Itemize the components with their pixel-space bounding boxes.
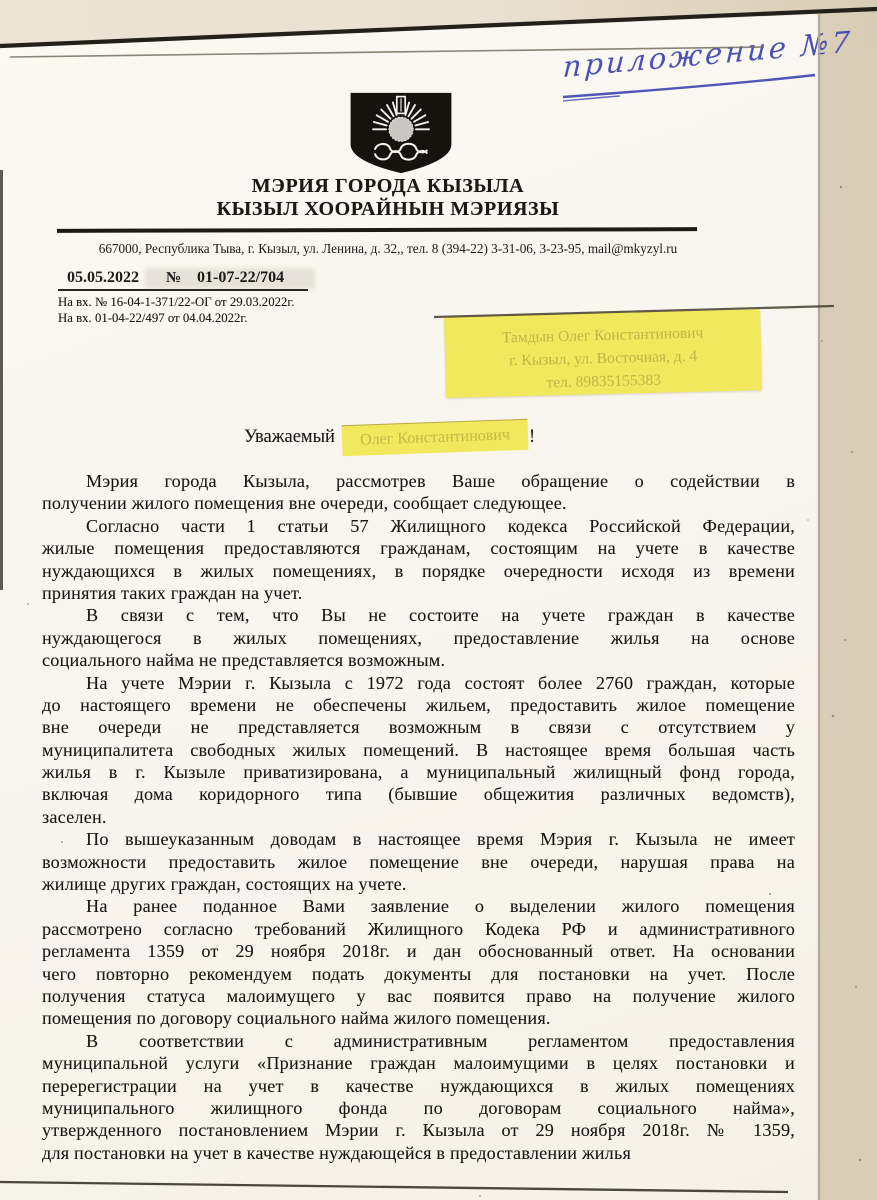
body-line: В связи с тем, что Вы не состоите на уче… — [42, 604, 795, 626]
body-line: до настоящего времени не обеспечены жиль… — [42, 694, 795, 716]
body-line: жилья в г. Кызыле приватизирована, а мун… — [42, 761, 795, 783]
salutation-prefix: Уважаемый — [244, 427, 335, 448]
salutation-suffix: ! — [529, 427, 535, 448]
body-line: жилище других граждан, состоящих на учет… — [42, 873, 795, 895]
body-line: вне очереди не представляется возможным … — [42, 716, 795, 738]
body-line: Мэрия города Кызыла, рассмотрев Ваше обр… — [42, 470, 795, 492]
org-address-line: 667000, Республика Тыва, г. Кызыл, ул. Л… — [57, 241, 719, 257]
incoming-reference-1: На вх. № 16-04-1-371/22-ОГ от 29.03.2022… — [58, 295, 294, 310]
body-line: заселен. — [42, 806, 795, 828]
letter-date: 05.05.2022 — [67, 269, 139, 287]
body-line: нуждающегося в жилых помещениях, предост… — [42, 627, 795, 649]
body-line: На ранее поданное Вами заявление о выдел… — [42, 895, 795, 917]
body-line: муниципального жилищного фонда по догово… — [42, 1097, 795, 1119]
reference-underline — [58, 289, 308, 291]
letter-body: Мэрия города Кызыла, рассмотрев Ваше обр… — [42, 470, 795, 1164]
body-line: помещения по договору социального найма … — [42, 1007, 795, 1029]
body-line: утвержденного постановлением Мэрии г. Кы… — [42, 1119, 795, 1141]
letter-number: 01-07-22/704 — [197, 269, 284, 287]
body-line: жилые помещения предоставляются граждана… — [42, 537, 795, 559]
org-name-ru: МЭРИЯ ГОРОДА КЫЗЫЛА — [57, 175, 719, 198]
addressee-redacted-block: Тамдын Олег Константиновичг. Кызыл, ул. … — [444, 309, 762, 398]
body-line: чего повторно рекомендуем подать докумен… — [42, 963, 795, 985]
body-line: нуждающихся в жилых помещениях, в порядк… — [42, 560, 795, 582]
incoming-reference-2: На вх. 01-04-22/497 от 04.04.2022г. — [58, 311, 247, 326]
salutation: Уважаемый Олег Константинович ! — [244, 422, 535, 453]
body-line: получении жилого помещения вне очереди, … — [42, 492, 795, 514]
body-line: перерегистрации на учет в качестве нужда… — [42, 1075, 795, 1097]
body-line: возможности предоставить жилое помещение… — [42, 851, 795, 873]
body-line: На учете Мэрии г. Кызыла с 1972 года сос… — [42, 672, 795, 694]
letterhead: МЭРИЯ ГОРОДА КЫЗЫЛА КЫЗЫЛ ХООРАЙНЫН МЭРИ… — [57, 175, 719, 221]
body-line: получения статуса малоимущего у вас появ… — [42, 985, 795, 1007]
body-line: В соответствии с административным реглам… — [42, 1030, 795, 1052]
body-line: Согласно части 1 статьи 57 Жилищного код… — [42, 515, 795, 537]
coat-of-arms-kyzyl-icon — [345, 89, 457, 177]
body-line: муниципалитета свободных жилых помещений… — [42, 739, 795, 761]
body-line: социального найма не представляется возм… — [42, 649, 795, 671]
body-line: муниципальной услуги «Признание граждан … — [42, 1052, 795, 1074]
body-line: для постановки на учет в качестве нуждаю… — [42, 1142, 795, 1164]
body-line: рассмотрено согласно требований Жилищног… — [42, 918, 795, 940]
body-line: включая дома коридорного типа (бывшие об… — [42, 783, 795, 805]
scanned-letter: { "annotation": { "handwritten_note": "п… — [0, 0, 877, 1200]
body-line: По вышеуказанным доводам в настоящее вре… — [42, 828, 795, 850]
body-line: регламента 1359 от 29 ноября 2018г. и да… — [42, 940, 795, 962]
org-name-tuvan: КЫЗЫЛ ХООРАЙНЫН МЭРИЯЗЫ — [57, 198, 719, 221]
body-line: принятия таких граждан на учет. — [42, 582, 795, 604]
number-sign: № — [166, 270, 181, 287]
salutation-name-redacted: Олег Константинович — [341, 419, 528, 456]
